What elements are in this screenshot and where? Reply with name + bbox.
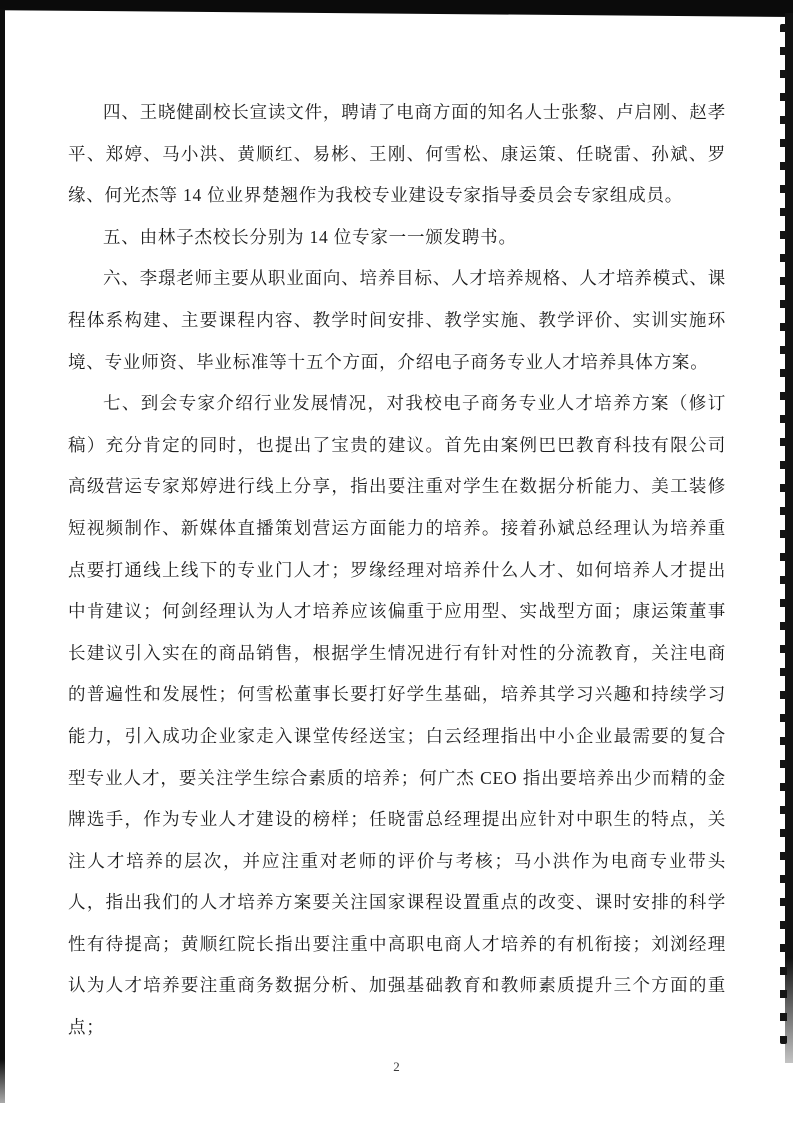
binding-perforation-notches <box>780 24 787 1044</box>
paragraph-item-5: 五、由林子杰校长分别为 14 位专家一一颁发聘书。 <box>68 217 726 259</box>
document-body: 四、王晓健副校长宣读文件，聘请了电商方面的知名人士张黎、卢启刚、赵孝平、郑婷、马… <box>68 92 726 1049</box>
paragraph-item-7: 七、到会专家介绍行业发展情况，对我校电子商务专业人才培养方案（修订稿）充分肯定的… <box>68 383 726 1049</box>
page-number: 2 <box>0 1059 793 1075</box>
scan-edge-top <box>0 0 793 17</box>
scan-edge-left <box>0 9 5 1103</box>
scanned-document-page: 四、王晓健副校长宣读文件，聘请了电商方面的知名人士张黎、卢启刚、赵孝平、郑婷、马… <box>0 0 793 1122</box>
paragraph-item-6: 六、李璟老师主要从职业面向、培养目标、人才培养规格、人才培养模式、课程体系构建、… <box>68 258 726 383</box>
paragraph-item-4: 四、王晓健副校长宣读文件，聘请了电商方面的知名人士张黎、卢启刚、赵孝平、郑婷、马… <box>68 92 726 217</box>
